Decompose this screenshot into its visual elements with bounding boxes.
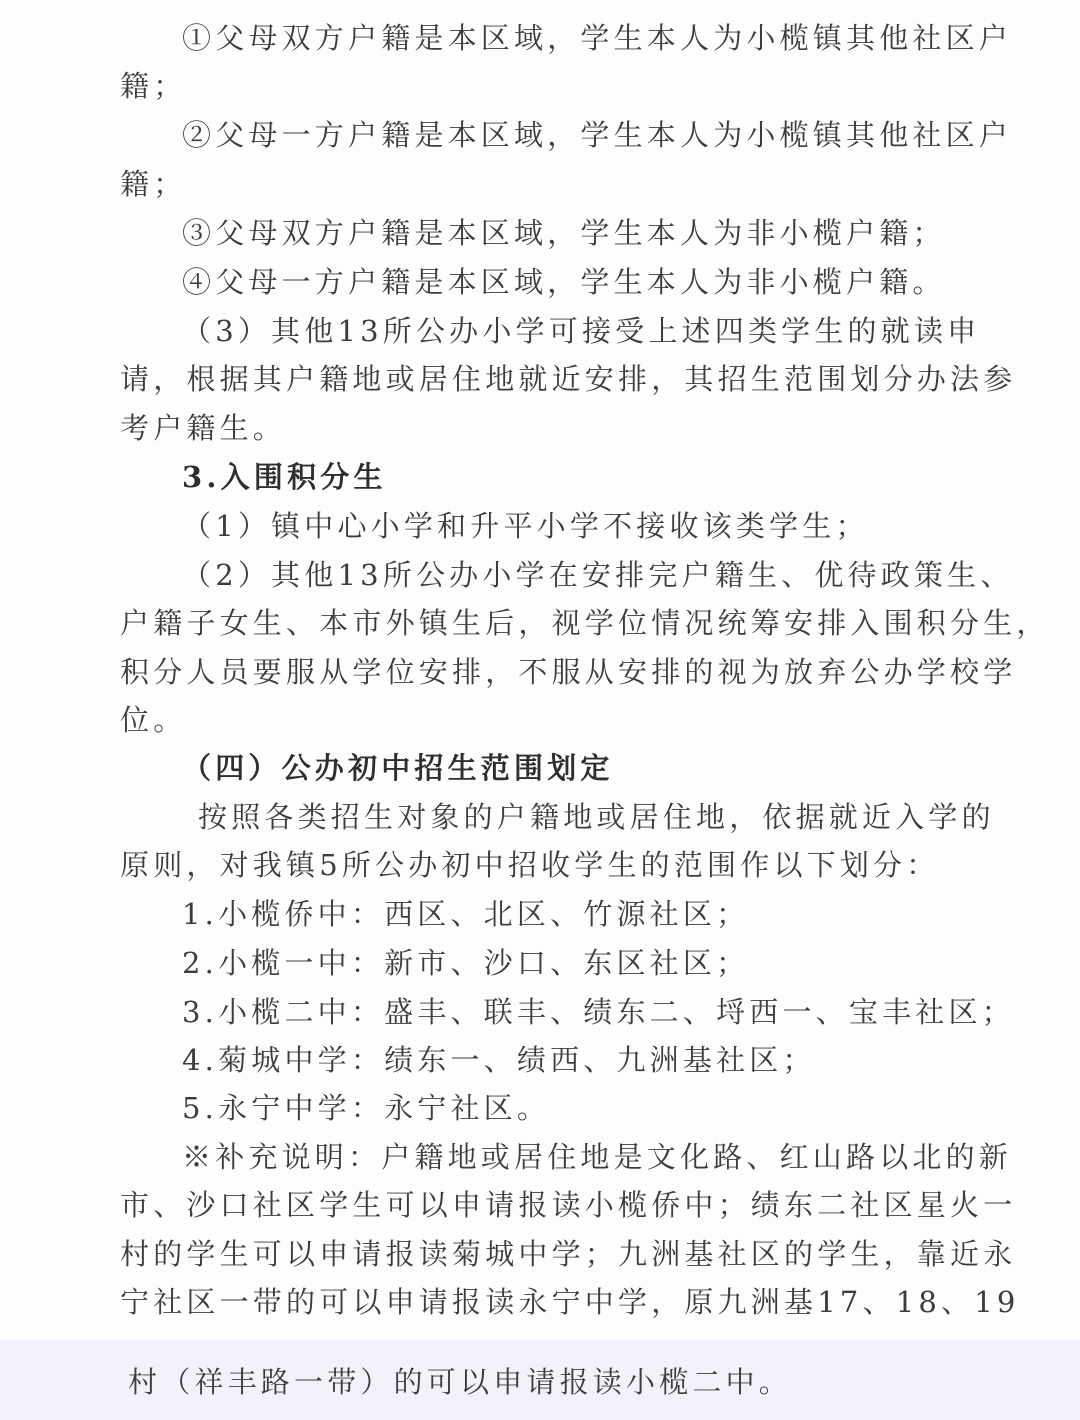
document-line: 市、沙口社区学生可以申请报读小榄侨中；绩东二社区星火一 <box>120 1187 1016 1223</box>
document-line: 考户籍生。 <box>120 410 286 446</box>
document-line-last: 村（祥丰路一带）的可以申请报读小榄二中。 <box>128 1364 792 1400</box>
document-line: 村的学生可以申请报读菊城中学；九洲基社区的学生，靠近永 <box>120 1236 1016 1272</box>
section-heading: （四）公办初中招生范围划定 <box>182 750 614 786</box>
document-line: 籍； <box>120 68 186 104</box>
document-line: 户籍子女生、本市外镇生后，视学位情况统筹安排入围积分生， <box>120 605 1050 641</box>
document-line: 按照各类招生对象的户籍地或居住地，依据就近入学的 <box>198 799 995 835</box>
document-line: 1.小榄侨中：西区、北区、竹源社区； <box>182 896 749 932</box>
document-line: （2）其他13所公办小学在安排完户籍生、优待政策生、 <box>182 557 1014 593</box>
document-line: ②父母一方户籍是本区域，学生本人为小榄镇其他社区户 <box>182 117 1012 153</box>
document-line: ①父母双方户籍是本区域，学生本人为小榄镇其他社区户 <box>182 20 1012 56</box>
document-line: 积分人员要服从学位安排，不服从安排的视为放弃公办学校学 <box>120 654 1016 690</box>
document-line: 3.小榄二中：盛丰、联丰、绩东二、埒西一、宝丰社区； <box>182 994 1015 1030</box>
document-line: 2.小榄一中：新市、沙口、东区社区； <box>182 945 749 981</box>
document-line: ※补充说明：户籍地或居住地是文化路、红山路以北的新 <box>182 1139 1012 1175</box>
document-line: 位。 <box>120 702 186 738</box>
document-line: 籍； <box>120 166 186 202</box>
document-line: 宁社区一带的可以申请报读永宁中学，原九洲基17、18、19 <box>120 1284 1020 1320</box>
section-heading: 3.入围积分生 <box>182 459 387 495</box>
document-line: （3）其他13所公办小学可接受上述四类学生的就读申 <box>182 313 980 349</box>
bottom-band: 村（祥丰路一带）的可以申请报读小榄二中。 <box>0 1340 1080 1420</box>
document-page: ①父母双方户籍是本区域，学生本人为小榄镇其他社区户籍；②父母一方户籍是本区域，学… <box>0 0 1080 1340</box>
document-line: （1）镇中心小学和升平小学不接收该类学生； <box>182 508 869 544</box>
document-line: 原则，对我镇5所公办初中招收学生的范围作以下划分： <box>120 847 939 883</box>
document-line: ③父母双方户籍是本区域，学生本人为非小榄户籍； <box>182 215 946 251</box>
document-line: ④父母一方户籍是本区域，学生本人为非小榄户籍。 <box>182 264 946 300</box>
document-line: 请，根据其户籍地或居住地就近安排，其招生范围划分办法参 <box>120 361 1016 397</box>
document-line: 4.菊城中学：绩东一、绩西、九洲基社区； <box>182 1042 816 1078</box>
document-line: 5.永宁中学：永宁社区。 <box>182 1090 550 1126</box>
